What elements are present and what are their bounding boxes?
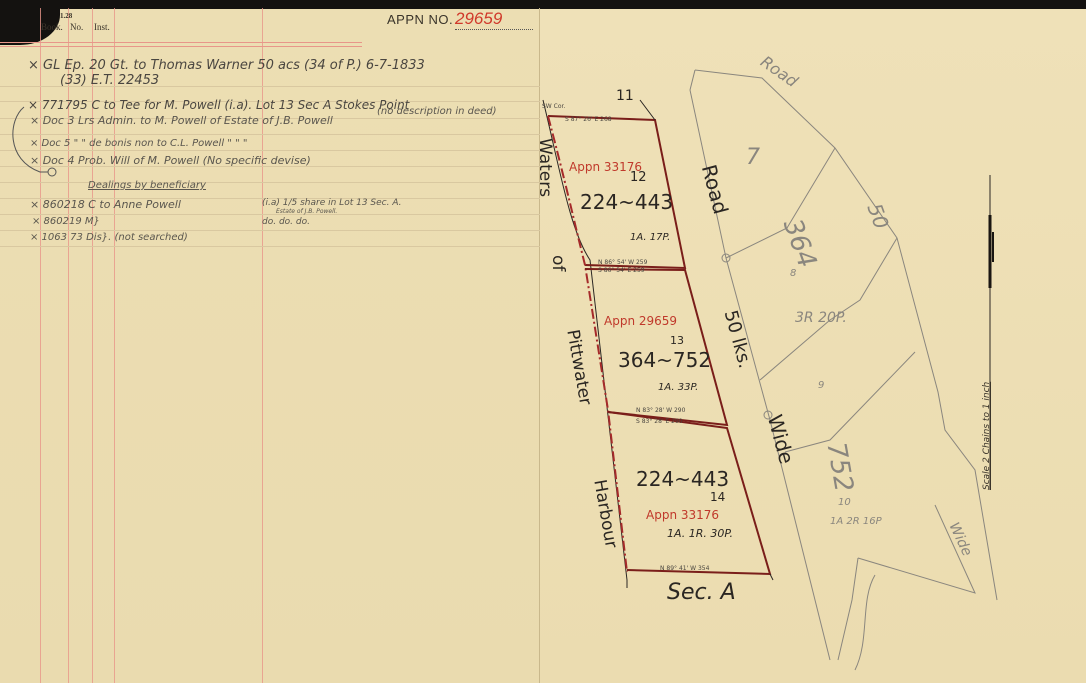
lot-13-number: 13 (670, 334, 684, 347)
lot-14-appn: Appn 33176 (646, 508, 719, 522)
lot-12-top-bearing: S 87° 26' E 268 (565, 116, 612, 123)
lot-8-label: 8 (790, 268, 796, 279)
lot-13-area: 1A. 33P. (658, 382, 698, 393)
lot-10-area: 1A 2R 16P (830, 516, 882, 527)
lot-13-ref: 364~752 (618, 348, 711, 372)
sw-corner-label: SW Cor. (542, 103, 565, 110)
lot-9-label: 9 (818, 380, 824, 391)
lot-13-appn: Appn 29659 (604, 314, 677, 328)
lot-14-number: 14 (710, 490, 725, 504)
lot-8-area: 3R 20P. (795, 310, 847, 326)
lot-13-bottom-bearing-n: N 83° 28' W 290 (636, 407, 685, 414)
section-label: Sec. A (667, 580, 736, 605)
lot-12-area: 1A. 17P. (630, 232, 670, 243)
lot-12-number: 12 (630, 170, 647, 185)
lot-13-bottom-bearing-s: S 83° 28' E 290 (636, 418, 683, 425)
lot-14-bottom-bearing: N 89° 41' W 354 (660, 565, 709, 572)
lot-7-label: 7 (746, 145, 760, 170)
lot-11-label: 11 (616, 88, 634, 104)
label-of: of (548, 255, 568, 271)
document-sheet: 1.28 Book. No. Inst. APPN NO. 29659 × GL… (0, 0, 1086, 683)
label-waters: Waters (535, 138, 555, 197)
lot-14-ref: 224~443 (636, 467, 729, 491)
lot-10-label: 10 (838, 497, 851, 508)
lot-14-area: 1A. 1R. 30P. (667, 527, 733, 540)
scale-label: Scale 2 Chains to 1 inch (982, 382, 992, 490)
lot-12-ref: 224~443 (580, 190, 673, 214)
lot-12-bottom-bearing-s: S 86° 54' E 259 (598, 267, 645, 274)
lot-12-bottom-bearing-n: N 86° 54' W 259 (598, 259, 647, 266)
